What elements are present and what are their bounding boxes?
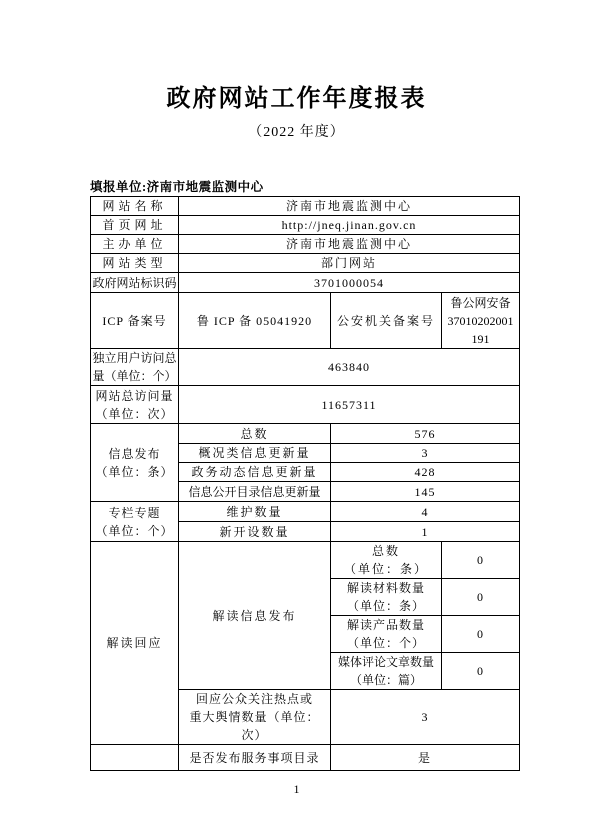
overview-update-value-cell: 3: [331, 444, 520, 463]
unique-visitors-label-cell: 独立用户访问总 量（单位：个）: [91, 349, 179, 386]
reporting-unit-line: 填报单位:济南市地震监测中心: [90, 177, 264, 195]
open-catalog-update-label-cell: 信息公开目录信息更新量: [179, 482, 331, 502]
open-catalog-update-value-cell: 145: [331, 482, 520, 502]
gov-news-update-value-cell: 428: [331, 463, 520, 482]
total-visits-value-cell: 11657311: [179, 386, 520, 424]
police-filing-value-cell: 鲁公网安备 37010202001 191: [442, 293, 520, 349]
maintained-count-label-cell: 维护数量: [179, 502, 331, 522]
new-count-value-cell: 1: [331, 522, 520, 542]
overview-update-label-cell: 概况类信息更新量: [179, 444, 331, 463]
hotspot-response-value-cell: 3: [331, 690, 520, 745]
table-row: ICP 备案号 鲁 ICP 备 05041920 公安机关备案号 鲁公网安备 3…: [91, 293, 520, 349]
total-visits-label-cell: 网站总访问量 （单位：次）: [91, 386, 179, 424]
unique-visitors-value-cell: 463840: [179, 349, 520, 386]
interp-material-value-cell: 0: [442, 579, 520, 616]
table-row: 网站总访问量 （单位：次） 11657311: [91, 386, 520, 424]
table-row: 解读回应 解读信息发布 总数 （单位：条） 0: [91, 542, 520, 579]
table-row: 首页网址 http://jneq.jinan.gov.cn: [91, 216, 520, 235]
interp-product-value-cell: 0: [442, 616, 520, 653]
interp-total-label-cell: 总数 （单位：条）: [331, 542, 442, 579]
hotspot-response-label-cell: 回应公众关注热点或 重大舆情数量（单位： 次）: [179, 690, 331, 745]
icp-value-cell: 鲁 ICP 备 05041920: [179, 293, 331, 349]
media-articles-value-cell: 0: [442, 653, 520, 690]
table-row: 网站类型 部门网站: [91, 254, 520, 273]
site-type-value-cell: 部门网站: [179, 254, 520, 273]
page-number: 1: [0, 782, 593, 797]
empty-cell: [91, 745, 179, 771]
site-name-value-cell: 济南市地震监测中心: [179, 197, 520, 216]
service-catalog-label-cell: 是否发布服务事项目录: [179, 745, 331, 771]
table-row: 主办单位 济南市地震监测中心: [91, 235, 520, 254]
site-type-label-cell: 网站类型: [91, 254, 179, 273]
special-columns-section-label-cell: 专栏专题 （单位：个）: [91, 502, 179, 542]
table-row: 独立用户访问总 量（单位：个） 463840: [91, 349, 520, 386]
info-publish-total-value-cell: 576: [331, 424, 520, 444]
page-title: 政府网站工作年度报表: [0, 78, 593, 113]
icp-label-cell: ICP 备案号: [91, 293, 179, 349]
report-year-subtitle: （2022 年度）: [0, 121, 593, 141]
table-row: 是否发布服务事项目录 是: [91, 745, 520, 771]
maintained-count-value-cell: 4: [331, 502, 520, 522]
interpretation-section-label-cell: 解读回应: [91, 542, 179, 745]
homepage-label-cell: 首页网址: [91, 216, 179, 235]
host-unit-value-cell: 济南市地震监测中心: [179, 235, 520, 254]
table-row: 政府网站标识码 3701000054: [91, 273, 520, 293]
media-articles-label-cell: 媒体评论文章数量 （单位：篇）: [331, 653, 442, 690]
info-publish-section-label-cell: 信息发布 （单位：条）: [91, 424, 179, 502]
site-name-label-cell: 网站名称: [91, 197, 179, 216]
service-catalog-value-cell: 是: [331, 745, 520, 771]
info-publish-total-label-cell: 总数: [179, 424, 331, 444]
police-filing-label-cell: 公安机关备案号: [331, 293, 442, 349]
table-row: 网站名称 济南市地震监测中心: [91, 197, 520, 216]
homepage-url-cell: http://jneq.jinan.gov.cn: [179, 216, 520, 235]
annual-report-table: 网站名称 济南市地震监测中心 首页网址 http://jneq.jinan.go…: [90, 196, 520, 771]
interp-product-label-cell: 解读产品数量 （单位：个）: [331, 616, 442, 653]
new-count-label-cell: 新开设数量: [179, 522, 331, 542]
table-row: 信息发布 （单位：条） 总数 576: [91, 424, 520, 444]
host-unit-label-cell: 主办单位: [91, 235, 179, 254]
interp-total-value-cell: 0: [442, 542, 520, 579]
gov-news-update-label-cell: 政务动态信息更新量: [179, 463, 331, 482]
interp-material-label-cell: 解读材料数量 （单位：条）: [331, 579, 442, 616]
table-row: 专栏专题 （单位：个） 维护数量 4: [91, 502, 520, 522]
site-code-value-cell: 3701000054: [179, 273, 520, 293]
interpretation-publish-label-cell: 解读信息发布: [179, 542, 331, 690]
site-code-label-cell: 政府网站标识码: [91, 273, 179, 293]
